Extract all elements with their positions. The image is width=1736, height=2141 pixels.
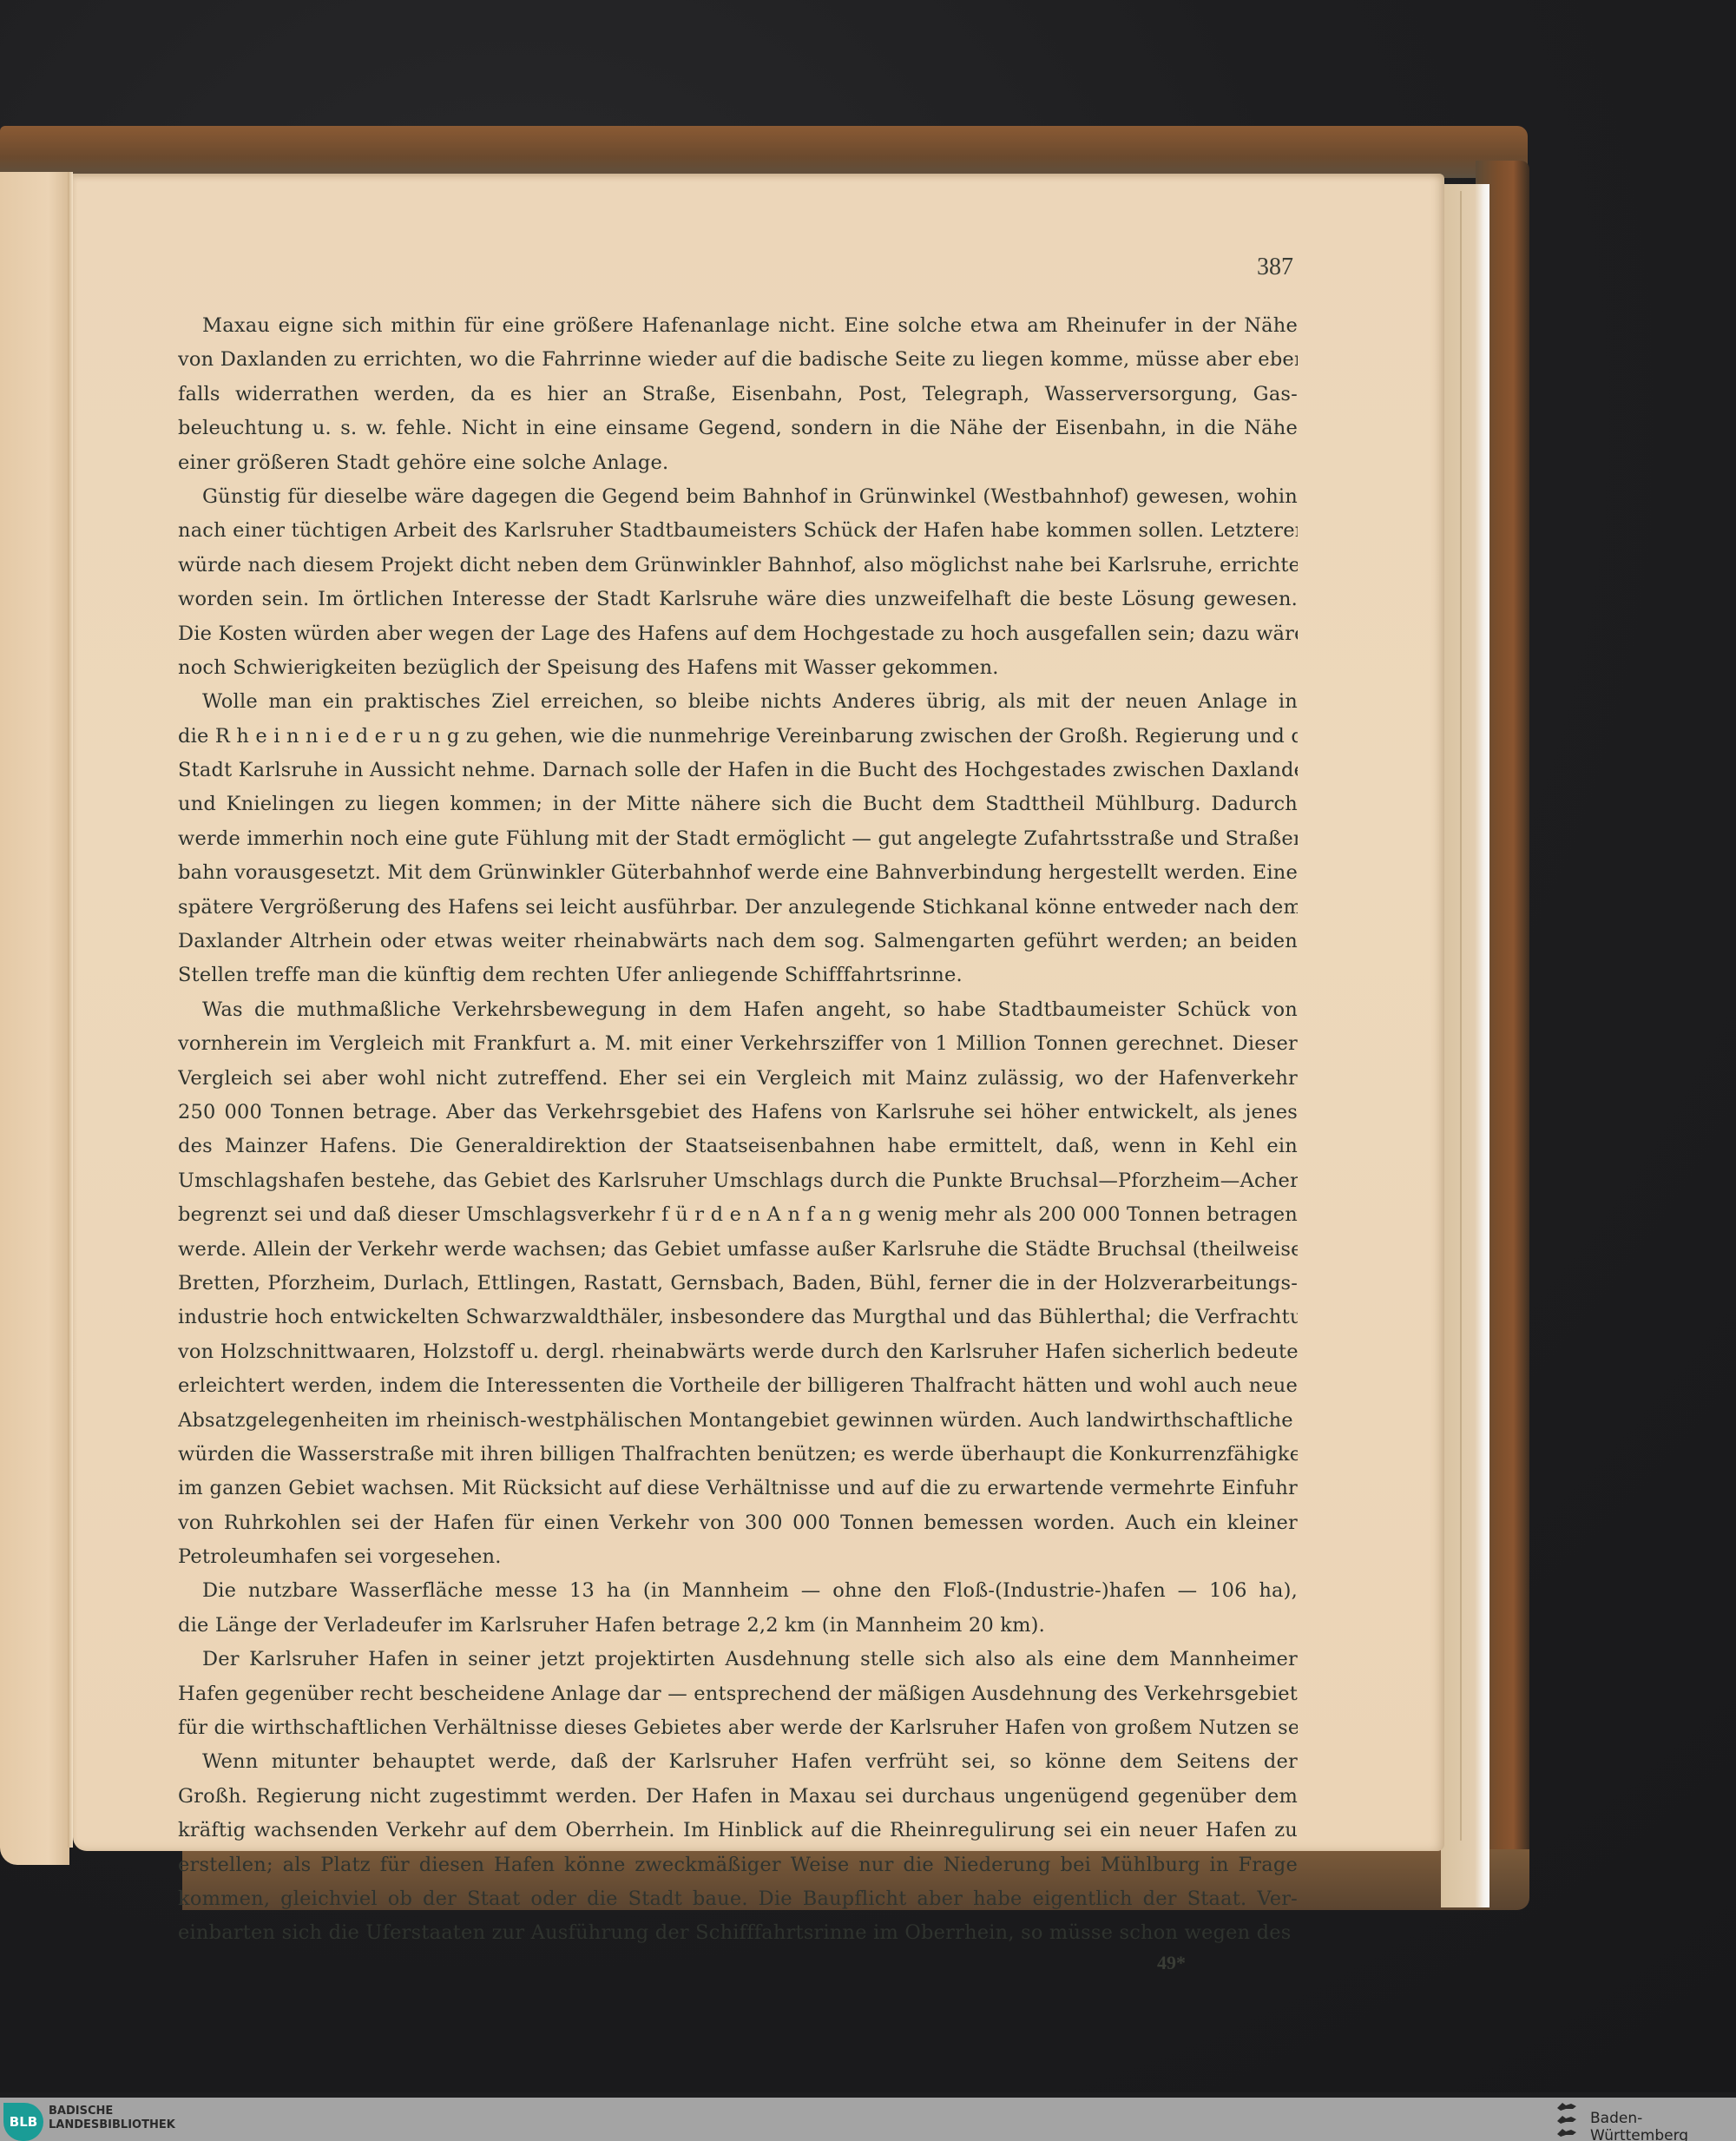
text-line: Daxlander Altrhein oder etwas weiter rhe… (178, 925, 1298, 959)
text-line: Maxau eigne sich mithin für eine größere… (178, 309, 1298, 343)
text-line: falls widerrathen werden, da es hier an … (178, 378, 1298, 412)
text-line: nach einer tüchtigen Arbeit des Karlsruh… (178, 514, 1298, 548)
text-line: 250 000 Tonnen betrage. Aber das Verkehr… (178, 1096, 1298, 1130)
text-line: des Mainzer Hafens. Die Generaldirektion… (178, 1130, 1298, 1163)
text-line: Absatzgelegenheiten im rheinisch-westphä… (178, 1404, 1298, 1438)
text-line: die Länge der Verladeufer im Karlsruher … (178, 1609, 1298, 1643)
text-line: erleichtert werden, indem die Interessen… (178, 1369, 1298, 1403)
text-line: Was die muthmaßliche Verkehrsbewegung in… (178, 993, 1298, 1027)
page-number: 387 (1257, 254, 1293, 281)
page-text: Maxau eigne sich mithin für eine größere… (178, 309, 1298, 1951)
page-stack-line (1443, 191, 1462, 1841)
text-line: spätere Vergrößerung des Hafens sei leic… (178, 891, 1298, 925)
lion-coat-of-arms-icon (1554, 2099, 1580, 2139)
text-line: einer größeren Stadt gehöre eine solche … (178, 446, 1298, 480)
text-line: noch Schwierigkeiten bezüglich der Speis… (178, 651, 1298, 685)
text-line: Die nutzbare Wasserfläche messe 13 ha (i… (178, 1574, 1298, 1608)
printer-signature-mark: 49* (1157, 1952, 1186, 1974)
text-line: von Holzschnittwaaren, Holzstoff u. derg… (178, 1335, 1298, 1369)
library-name[interactable]: BADISCHE LANDESBIBLIOTHEK (49, 2105, 175, 2132)
text-line: im ganzen Gebiet wachsen. Mit Rücksicht … (178, 1472, 1298, 1505)
text-line: Großh. Regierung nicht zugestimmt werden… (178, 1780, 1298, 1814)
text-line: werde. Allein der Verkehr werde wachsen;… (178, 1233, 1298, 1267)
text-line: kommen, gleichviel ob der Staat oder die… (178, 1882, 1298, 1916)
text-line: vornherein im Vergleich mit Frankfurt a.… (178, 1027, 1298, 1061)
text-line: würde nach diesem Projekt dicht neben de… (178, 549, 1298, 583)
facing-page-edge (0, 172, 69, 1865)
text-line: von Ruhrkohlen sei der Hafen für einen V… (178, 1506, 1298, 1540)
text-line: von Daxlanden zu errichten, wo die Fahrr… (178, 343, 1298, 377)
state-name[interactable]: Baden-Württemberg (1590, 2110, 1736, 2141)
text-line: Hafen gegenüber recht bescheidene Anlage… (178, 1677, 1298, 1711)
text-line: Die Kosten würden aber wegen der Lage de… (178, 617, 1298, 651)
library-name-line2: LANDESBIBLIOTHEK (49, 2118, 175, 2132)
text-line: erstellen; als Platz für diesen Hafen kö… (178, 1848, 1298, 1882)
text-line: Der Karlsruher Hafen in seiner jetzt pro… (178, 1643, 1298, 1677)
text-line: Stadt Karlsruhe in Aussicht nehme. Darna… (178, 754, 1298, 787)
text-line: und Knielingen zu liegen kommen; in der … (178, 787, 1298, 821)
book-cover-top-edge (0, 126, 1528, 178)
text-line: Vergleich sei aber wohl nicht zutreffend… (178, 1062, 1298, 1096)
library-name-line1: BADISCHE (49, 2105, 175, 2118)
text-line: Wolle man ein praktisches Ziel erreichen… (178, 685, 1298, 719)
text-line: für die wirthschaftlichen Verhältnisse d… (178, 1711, 1298, 1745)
text-line: Stellen treffe man die künftig dem recht… (178, 959, 1298, 992)
blb-logo-icon[interactable]: BLB (3, 2103, 43, 2141)
text-line: beleuchtung u. s. w. fehle. Nicht in ein… (178, 412, 1298, 445)
text-line: werde immerhin noch eine gute Fühlung mi… (178, 822, 1298, 856)
text-line: Bretten, Pforzheim, Durlach, Ettlingen, … (178, 1267, 1298, 1301)
text-line: begrenzt sei und daß dieser Umschlagsver… (178, 1198, 1298, 1232)
text-line: worden sein. Im örtlichen Interesse der … (178, 583, 1298, 616)
text-line: bahn vorausgesetzt. Mit dem Grünwinkler … (178, 856, 1298, 890)
text-line: Günstig für dieselbe wäre dagegen die Ge… (178, 480, 1298, 514)
text-line: Wenn mitunter behauptet werde, daß der K… (178, 1745, 1298, 1779)
text-line: die R h e i n n i e d e r u n g zu gehen… (178, 720, 1298, 754)
text-line: kräftig wachsenden Verkehr auf dem Oberr… (178, 1814, 1298, 1848)
text-line: einbarten sich die Uferstaaten zur Ausfü… (178, 1916, 1298, 1950)
text-line: würden die Wasserstraße mit ihren billig… (178, 1438, 1298, 1472)
text-line: industrie hoch entwickelten Schwarzwaldt… (178, 1301, 1298, 1334)
text-line: Umschlagshafen bestehe, das Gebiet des K… (178, 1164, 1298, 1198)
viewer-footer-bar: BLB BADISCHE LANDESBIBLIOTHEK Baden-Würt… (0, 2098, 1736, 2141)
text-line: Petroleumhafen sei vorgesehen. (178, 1540, 1298, 1574)
